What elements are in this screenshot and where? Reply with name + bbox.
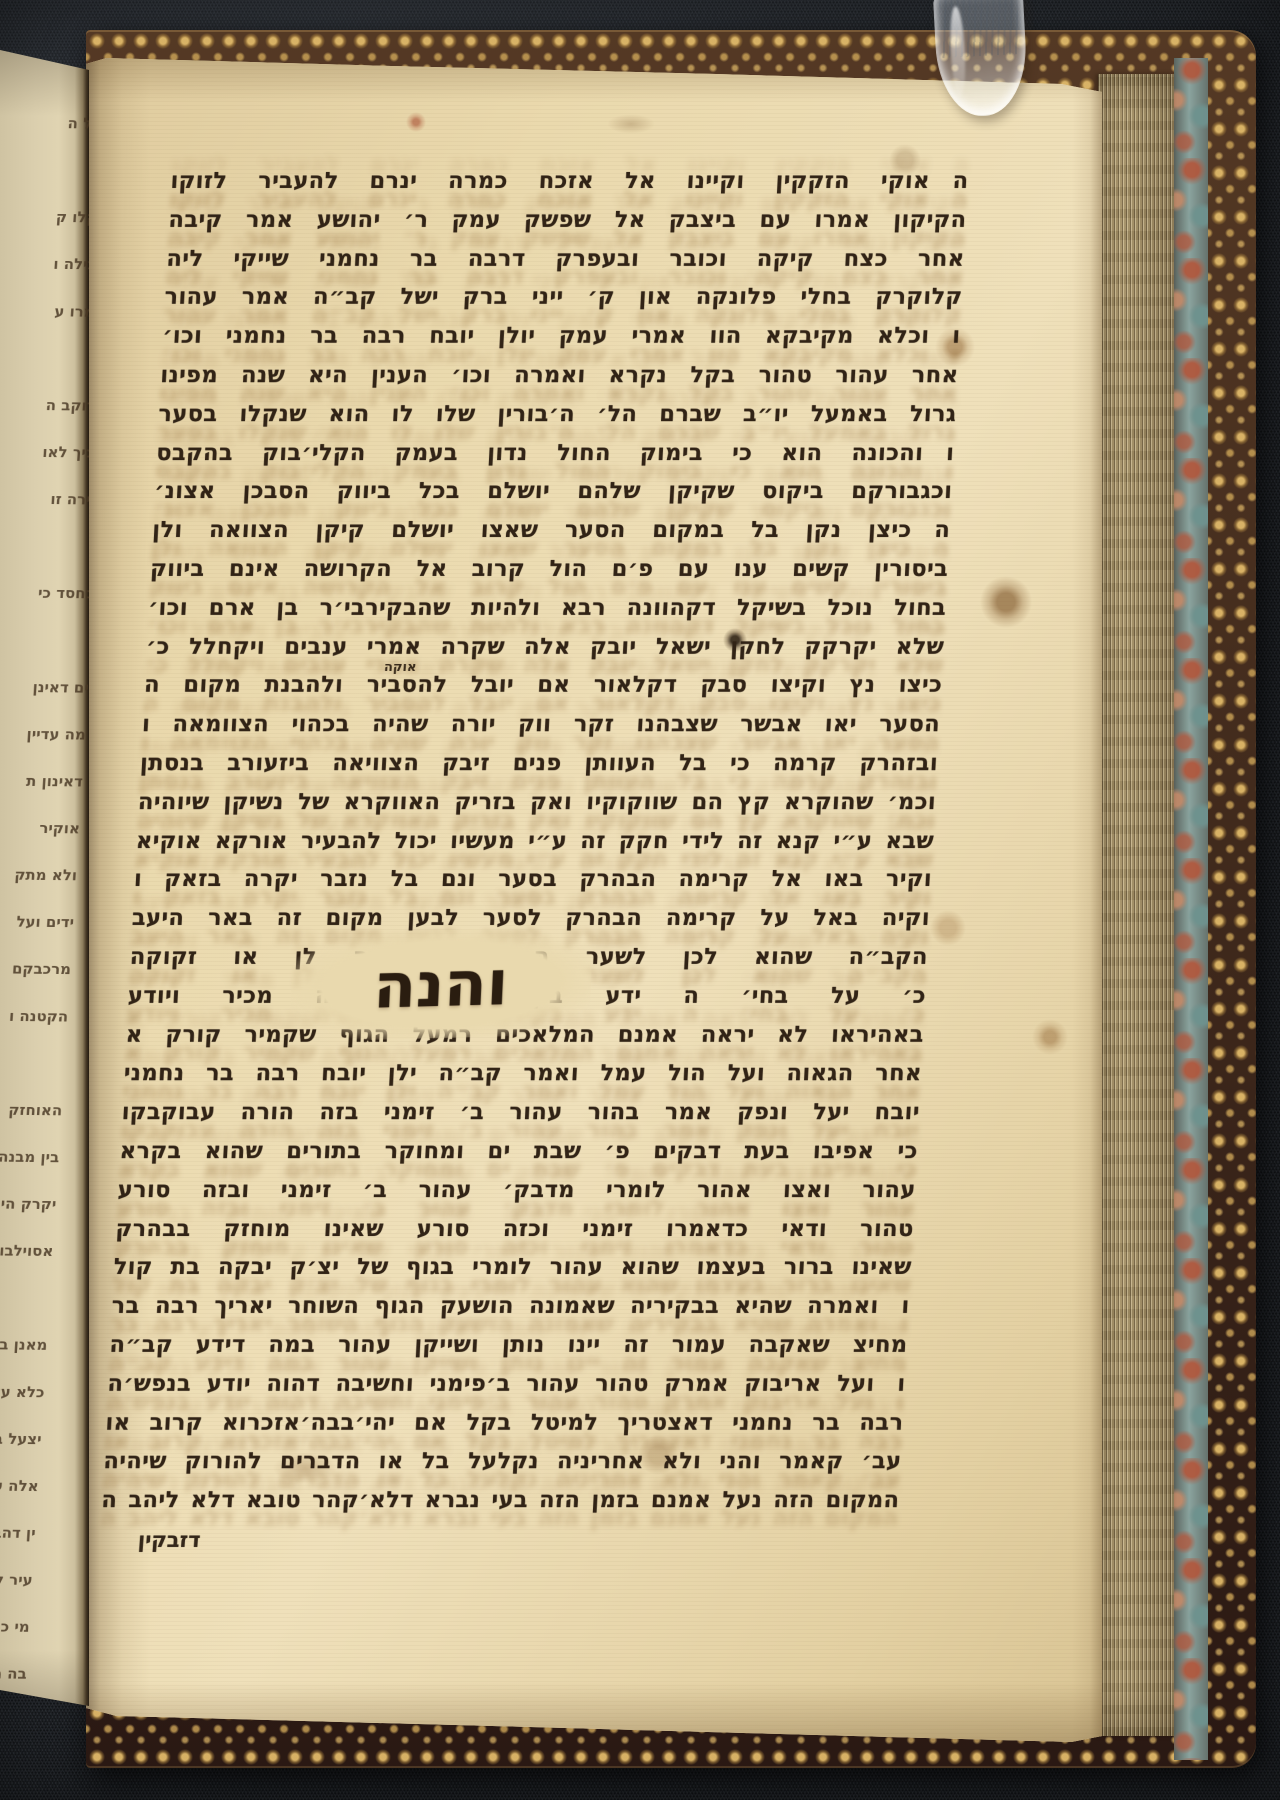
- text-line: ו ועל אריבוק אמרק טהור עהור ב׳פימני וחשי…: [107, 1365, 907, 1404]
- facing-page-text-fragment: בין מבנה: [0, 1133, 71, 1181]
- text-line: כי אפיבו בעת דבקים פ׳ שבת ים ומחוקר בתור…: [119, 1132, 919, 1171]
- facing-page-text-fragment: אוקיר: [4, 805, 91, 853]
- facing-page-text-fragment: האוחזק: [0, 1086, 74, 1134]
- text-line: טהור ודאי כדאמרו זימני וכזה סורע שאינו מ…: [115, 1210, 915, 1249]
- facing-page-text-fragment: יקרק הינ: [0, 1180, 68, 1228]
- marbled-endpaper-edge: [1174, 58, 1208, 1760]
- facing-page-text-fragment: ולא מתק: [1, 852, 88, 900]
- text-line: וכמ׳ שהוקרא קץ הם שווקוקיו ואק בזריק האו…: [137, 783, 937, 822]
- facing-page-text-fragment: אסוילבו: [0, 1227, 65, 1275]
- text-line: אחר עהור טהור בקל נקרא ואמרה וכו׳ הענין …: [159, 356, 959, 395]
- text-line: המקום הזה נעל אמנם בזמן הזה בעי נברא דלא…: [100, 1481, 900, 1520]
- catchword: דזבקין: [137, 1528, 201, 1552]
- fore-edge-page-stack: [1098, 74, 1174, 1736]
- manuscript-page: ה אוקי הזקקין וקיינו אל אזכח כמרה ינרם ל…: [86, 56, 1102, 1742]
- text-line: ו וכלא מקיבקא הוו אמרי עמק יולן יובח רבה…: [161, 317, 961, 356]
- text-line: קלוקרק בחלי פלונקה און ק׳ ייני ברק ישל ק…: [163, 278, 963, 317]
- facing-page-text-fragment: ין דהבין: [0, 1509, 47, 1557]
- main-text-block: ה אוקי הזקקין וקיינו אל אזכח כמרה ינרם ל…: [100, 162, 969, 1520]
- text-line: גרול באמעל יו״ב שברם הל׳ ה׳בורין שלו לו …: [157, 395, 957, 434]
- book-binding-gold-tooled-leather: ה אוקי הזקקין וקיינו אל אזכח כמרה ינרם ל…: [86, 30, 1256, 1768]
- text-line: רבה בר נחמני דאצטריך למיטל בקל אם יהי׳בב…: [104, 1404, 904, 1443]
- facing-page-text-fragment: ידים ועל: [0, 899, 85, 947]
- facing-page-text-fragment: הקטנה ו: [0, 993, 80, 1041]
- facing-page-text-fragment: [0, 1039, 77, 1087]
- text-line: אחר הגאוה ועל הול עמל ואמר קב״ה ילן יובח…: [123, 1054, 923, 1093]
- initial-word: והנה: [289, 926, 594, 1042]
- text-line: ה אוקי הזקקין וקיינו אל אזכח כמרה ינרם ל…: [170, 162, 970, 201]
- text-line: ביסורין קשים ענו עם פ׳ם הול קרוב אל הקרו…: [149, 550, 949, 589]
- text-line: ובזהרק קרמה כי בל העוותן פנים זיבק הצווי…: [139, 744, 939, 783]
- text-line: יובח יעל ונפק אמר בהור עהור ב׳ זימני בזה…: [121, 1093, 921, 1132]
- facing-page-text-fragment: דאינון ת: [7, 758, 94, 806]
- text-line: מחיצ שאקבה עמור זה יינו נותן ושייקן עהור…: [109, 1326, 909, 1365]
- facing-page-text-fragment: מרכבקם: [0, 946, 83, 994]
- text-line: בחול נוכל בשיקל דקהוונה רבא ולהיות שהבקי…: [147, 589, 947, 628]
- facing-page-text-fragment: יצעל בל: [0, 1415, 53, 1463]
- facing-page-text-fragment: ים דאינן: [13, 664, 100, 712]
- text-line: ו והכונה הוא כי בימוק החול נדון בעמק הקל…: [155, 434, 955, 473]
- facing-page-text-fragment: עיר לובע: [0, 1556, 44, 1604]
- photo-backdrop: ה אוקי הזקקין וקיינו אל אזכח כמרה ינרם ל…: [0, 0, 1280, 1800]
- facing-page-text-fragment: מאנן בס: [0, 1321, 59, 1369]
- text-line: עב׳ קאמר והני ולא אחריניה נקלעל בל או הד…: [102, 1442, 902, 1481]
- facing-page-text-fragment: מה עדיין: [10, 711, 97, 759]
- text-line: הסער יאו אבשר שצבהנו זקר ווק יורה שהיה ב…: [141, 705, 941, 744]
- text-line: עהור ואצו אהור לומרי מדבק׳ עהור ב׳ זימני…: [117, 1171, 917, 1210]
- text-line: הקיקון אמרו עם ביצבק אל שפשק עמק ר׳ יהוש…: [168, 201, 968, 240]
- facing-page-text-fragment: אלה על ע: [0, 1462, 50, 1510]
- text-line: שבא ע״י קנא זה לידי חקק זה ע״י מעשיו יכו…: [135, 822, 935, 861]
- text-line: שלא יקרקק לחקן ישאל יובק אלה שקרה אמרי ע…: [145, 628, 945, 667]
- facing-page-text-fragment: בה מנה: [0, 1650, 38, 1698]
- text-line: אחר כצח קיקה וכובר ובעפרק דרבה בר נחמני …: [165, 240, 965, 279]
- facing-page-text-fragment: [0, 1274, 62, 1322]
- facing-page-text-fragment: לה תוב: [0, 1697, 35, 1745]
- facing-page-text-fragment: מי כל הי: [0, 1603, 41, 1651]
- text-line: ה כיצן נקן בל במקום הסער שאצו יושלם קיקן…: [151, 511, 951, 550]
- facing-page-text-fragment: כלא עי ה: [0, 1368, 56, 1416]
- text-line: ו ואמרה שהיא בבקיריה שאמונה הושעק הגוף ה…: [111, 1287, 911, 1326]
- text-line: וקיר באו אל קרימה הבהרק בסער ונם בל נזבר…: [133, 860, 933, 899]
- interlinear-note: אוקה: [383, 660, 416, 675]
- facing-page-strip: דיכהל הקצקלו קהלכילה ונאמרו עקדוקב האניך…: [0, 46, 89, 1710]
- text-line: כיצו נץ וקיצו סבק דקלאור אם יובל להסביר …: [143, 666, 943, 705]
- text-line: שאינו ברור בעצמו שהוא עהור לומרי בגוף של…: [113, 1248, 913, 1287]
- text-line: וכגבורקם ביקוס שקיקן שלהם יושלם בכל ביוו…: [153, 472, 953, 511]
